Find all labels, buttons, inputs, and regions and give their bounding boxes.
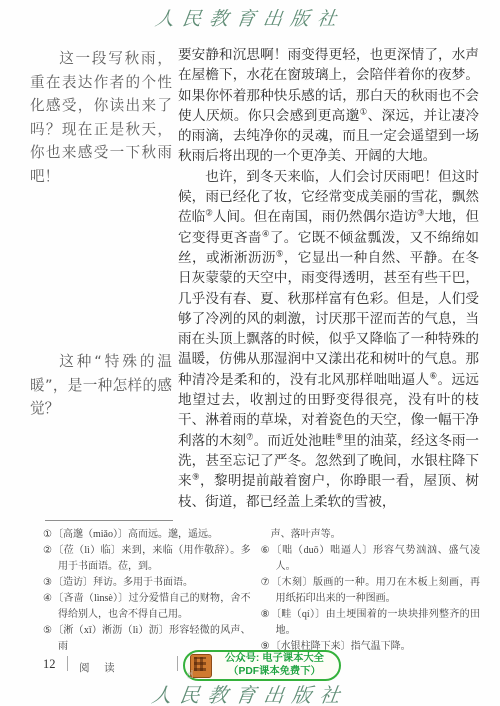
footnote-6: ⑥〔咄（duō）咄逼人〕形容气势汹汹、盛气凌人。 <box>261 543 480 575</box>
footnote-1: ①〔高邈（miǎo）〕高而远。邈，遥远。 <box>43 527 251 543</box>
publisher-logo-bottom: 人民教育出版社 <box>0 679 500 706</box>
footnotes-section: ①〔高邈（miǎo）〕高而远。邈，遥远。 ②〔莅（lì）临〕来到，来临（用作敬辞… <box>43 527 480 655</box>
footnote-3: ③〔造访〕拜访。多用于书面语。 <box>43 575 251 591</box>
footnote-number: ④ <box>43 593 52 604</box>
footnote-number: ③ <box>43 577 52 588</box>
footer-divider <box>67 656 68 671</box>
main-text-column: 要安静和沉思啊！雨变得更轻，也更深情了，水声在屋檐下，水花在窗玻璃上，会陪伴着你… <box>178 45 479 512</box>
footer-divider <box>177 656 178 671</box>
footnote-number: ⑤ <box>43 625 52 636</box>
footnotes-left-column: ①〔高邈（miǎo）〕高而远。邈，遥远。 ②〔莅（lì）临〕来到，来临（用作敬辞… <box>43 527 251 655</box>
footnote-text: 声、落叶声等。 <box>271 529 341 540</box>
textbook-page: 人民教育出版社 这一段写秋雨，重在表达作者的个性化感受，你读出来了吗？现在正是秋… <box>0 0 500 706</box>
footnote-4: ④〔吝啬（lìnsè）〕过分爱惜自己的财物，舍不得给别人，也舍不得自己用。 <box>43 591 251 623</box>
footnote-text: 〔莅（lì）临〕来到，来临（用作敬辞）。多用于书面语。莅，到。 <box>53 545 250 572</box>
footnote-number: ⑧ <box>261 609 270 620</box>
footnote-5-continuation: 声、落叶声等。 <box>261 527 480 543</box>
badge-line-1: 公众号: 电子课本大全 <box>216 653 333 666</box>
margin-note-1: 这一段写秋雨，重在表达作者的个性化感受，你读出来了吗？现在正是秋天，你也来感受一… <box>30 47 172 188</box>
footnote-7: ⑦〔木刻〕版画的一种。用刀在木板上刻画，再用纸拓印出来的一种图画。 <box>261 575 480 607</box>
footnote-2: ②〔莅（lì）临〕来到，来临（用作敬辞）。多用于书面语。莅，到。 <box>43 543 251 575</box>
footnote-text: 〔吝啬（lìnsè）〕过分爱惜自己的财物，舍不得给别人，也舍不得自己用。 <box>53 593 250 620</box>
paragraph-1: 要安静和沉思啊！雨变得更轻，也更深情了，水声在屋檐下，水花在窗玻璃上，会陪伴着你… <box>178 45 479 167</box>
footnote-text: 〔畦（qí）〕由土埂围着的一块块排列整齐的田地。 <box>271 609 480 636</box>
footnotes-right-column: 声、落叶声等。 ⑥〔咄（duō）咄逼人〕形容气势汹汹、盛气凌人。 ⑦〔木刻〕版画… <box>261 527 480 655</box>
footnote-text: 〔高邈（miǎo）〕高而远。邈，遥远。 <box>53 529 218 540</box>
footnote-text: 〔造访〕拜访。多用于书面语。 <box>53 577 193 588</box>
publisher-logo-top: 人民教育出版社 <box>0 4 500 31</box>
footnote-number: ② <box>43 545 52 556</box>
footnote-separator <box>45 520 173 521</box>
footnote-text: 〔木刻〕版画的一种。用刀在木板上刻画，再用纸拓印出来的一种图画。 <box>271 577 480 604</box>
section-label: 阅 读 <box>79 660 121 675</box>
footnote-number: ① <box>43 529 52 540</box>
badge-line-2: （PDF课本免费下） <box>216 666 333 679</box>
footnote-text: 〔淅（xī）淅沥（lì）沥〕形容轻微的风声、雨 <box>53 625 250 652</box>
footnote-number: ⑦ <box>261 577 270 588</box>
page-number: 12 <box>43 657 56 672</box>
footnote-8: ⑧〔畦（qí）〕由土埂围着的一块块排列整齐的田地。 <box>261 607 480 639</box>
book-qr-icon: ☝ <box>190 654 212 678</box>
badge-text: 公众号: 电子课本大全 （PDF课本免费下） <box>216 653 333 678</box>
paragraph-2: 也许，到冬天来临，人们会讨厌雨吧！但这时候，雨已经化了妆，它经常变成美丽的雪花，… <box>178 167 479 512</box>
footnote-number: ⑥ <box>261 545 271 556</box>
footnote-text: 〔咄（duō）咄逼人〕形容气势汹汹、盛气凌人。 <box>271 545 480 572</box>
margin-note-2: 这种“特殊的温暖”，是一种怎样的感觉？ <box>30 350 172 421</box>
ebook-promo-badge[interactable]: ☝ 公众号: 电子课本大全 （PDF课本免费下） <box>183 650 341 681</box>
